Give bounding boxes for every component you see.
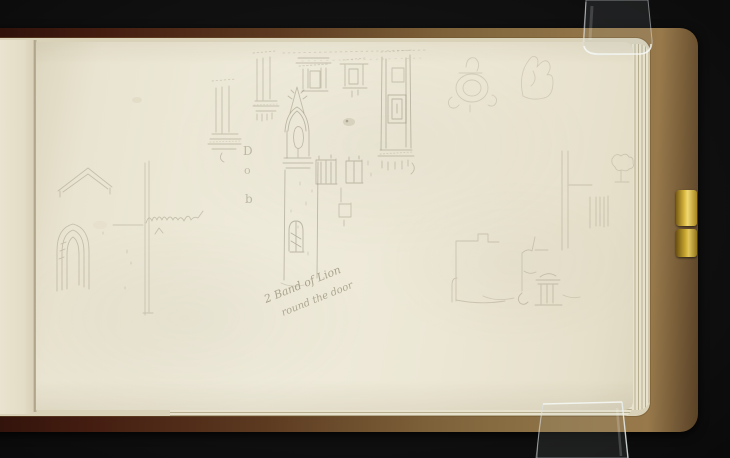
gilt-clasp-lower	[676, 229, 697, 257]
gilt-clasp-upper	[676, 190, 697, 226]
facing-page-edge	[0, 40, 34, 414]
sketchbook-photograph: D o b	[0, 0, 730, 458]
gilt-clasp	[676, 190, 697, 260]
sketchbook-page	[36, 42, 633, 410]
page-edge-lines-right	[632, 44, 650, 410]
